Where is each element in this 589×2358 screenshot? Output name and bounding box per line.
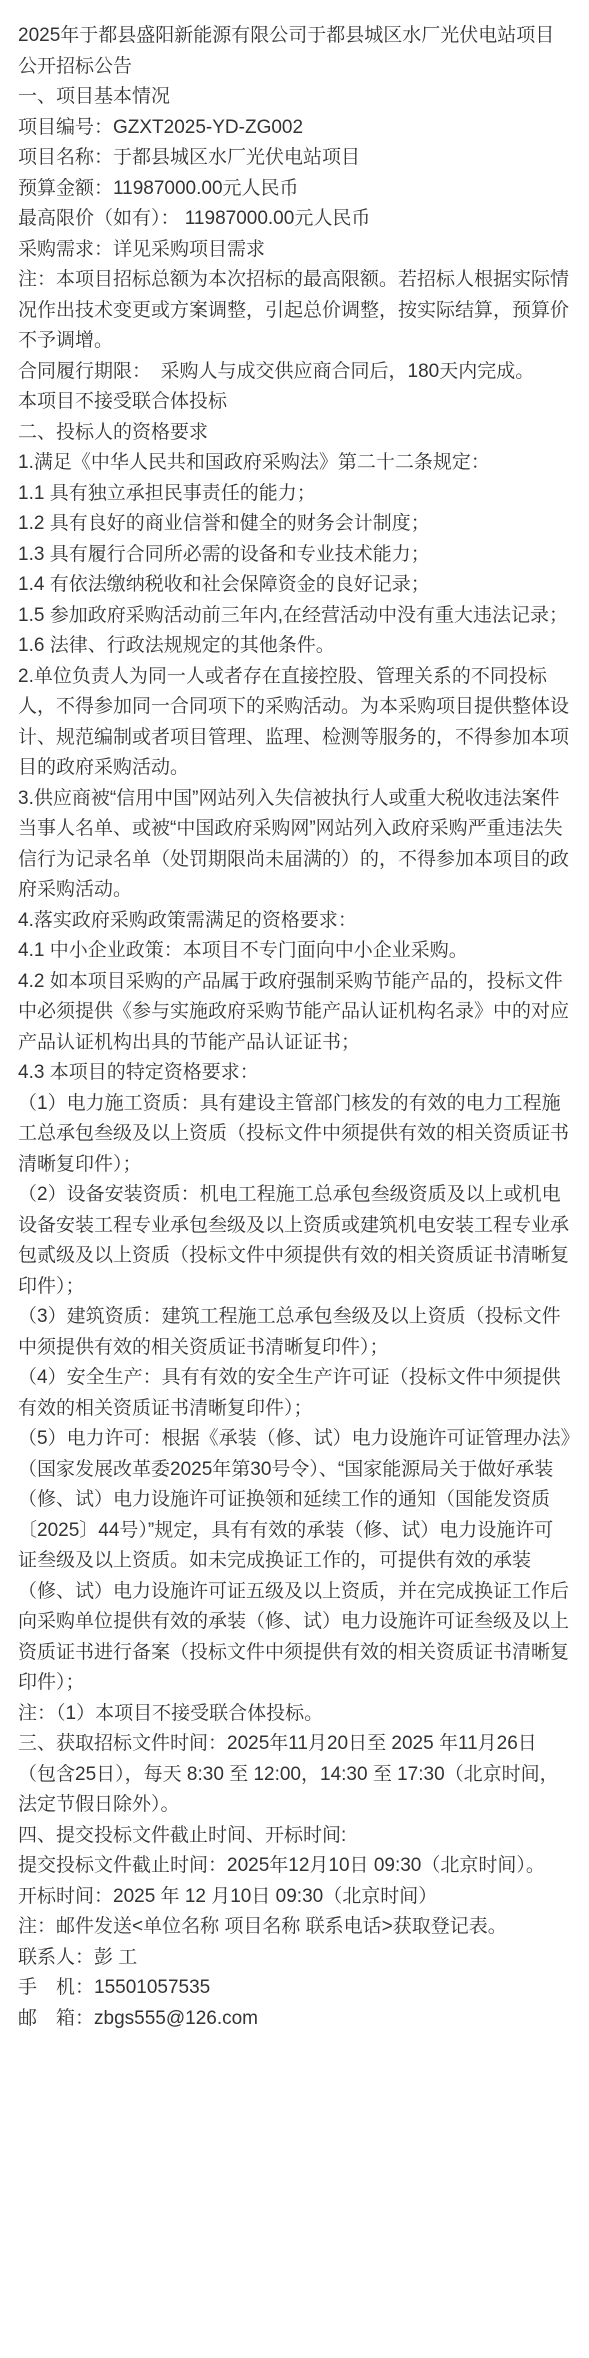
specific-qualification-2-equipment-installation: （2）设备安装资质：机电工程施工总承包叁级资质及以上或机电设备安装工程专业承包叁… <box>18 1180 571 1302</box>
qualification-item-3: 3.供应商被“信用中国”网站列入失信被执行人或重大税收违法案件当事人名单、或被“… <box>18 784 571 906</box>
contact-email: 邮 箱：zbgs555@126.com <box>18 2004 571 2035</box>
qualification-item-1-2: 1.2 具有良好的商业信誉和健全的财务会计制度； <box>18 509 571 540</box>
note-budget-limit: 注：本项目招标总额为本次招标的最高限额。若招标人根据实际情况作出技术变更或方案调… <box>18 265 571 357</box>
qualification-item-2: 2.单位负责人为同一人或者存在直接控股、管理关系的不同投标人，不得参加同一合同项… <box>18 662 571 784</box>
field-project-name: 项目名称：于都县城区水厂光伏电站项目 <box>18 143 571 174</box>
contact-person: 联系人：彭 工 <box>18 1943 571 1974</box>
section-obtain-documents-time: 三、获取招标文件时间：2025年11月20日至 2025 年11月26日（包含2… <box>18 1729 571 1821</box>
field-procurement-demand: 采购需求：详见采购项目需求 <box>18 235 571 266</box>
qualification-item-1: 1.满足《中华人民共和国政府采购法》第二十二条规定： <box>18 448 571 479</box>
qualification-item-1-6: 1.6 法律、行政法规规定的其他条件。 <box>18 631 571 662</box>
section-heading-qualification: 二、投标人的资格要求 <box>18 418 571 449</box>
field-project-number: 项目编号：GZXT2025-YD-ZG002 <box>18 113 571 144</box>
contact-phone: 手 机：15501057535 <box>18 1973 571 2004</box>
qualification-item-4-2: 4.2 如本项目采购的产品属于政府强制采购节能产品的，投标文件中必须提供《参与实… <box>18 967 571 1059</box>
note-email-registration: 注：邮件发送<单位名称 项目名称 联系电话>获取登记表。 <box>18 1912 571 1943</box>
specific-qualification-5-power-license: （5）电力许可：根据《承装（修、试）电力设施许可证管理办法》（国家发展改革委20… <box>18 1424 571 1699</box>
qualification-item-1-3: 1.3 具有履行合同所必需的设备和专业技术能力； <box>18 540 571 571</box>
section-heading-submission: 四、提交投标文件截止时间、开标时间: <box>18 1821 571 1852</box>
specific-qualification-3-building: （3）建筑资质：建筑工程施工总承包叁级及以上资质（投标文件中须提供有效的相关资质… <box>18 1302 571 1363</box>
qualification-item-4: 4.落实政府采购政策需满足的资格要求： <box>18 906 571 937</box>
qualification-item-4-3: 4.3 本项目的特定资格要求： <box>18 1058 571 1089</box>
field-max-price: 最高限价（如有）： 11987000.00元人民币 <box>18 204 571 235</box>
qualification-item-1-4: 1.4 有依法缴纳税收和社会保障资金的良好记录； <box>18 570 571 601</box>
specific-qualification-4-safety-production: （4）安全生产：具有有效的安全生产许可证（投标文件中须提供有效的相关资质证书清晰… <box>18 1363 571 1424</box>
note-no-consortium: 本项目不接受联合体投标 <box>18 387 571 418</box>
qualification-item-4-1: 4.1 中小企业政策：本项目不专门面向中小企业采购。 <box>18 936 571 967</box>
note-no-consortium-2: 注：（1）本项目不接受联合体投标。 <box>18 1699 571 1730</box>
field-bid-opening-time: 开标时间：2025 年 12 月10日 09:30（北京时间） <box>18 1882 571 1913</box>
field-submission-deadline: 提交投标文件截止时间：2025年12月10日 09:30（北京时间）。 <box>18 1851 571 1882</box>
doc-title: 2025年于都县盛阳新能源有限公司于都县城区水厂光伏电站项目公开招标公告 <box>18 21 571 82</box>
specific-qualification-1-power-construction: （1）电力施工资质：具有建设主管部门核发的有效的电力工程施工总承包叁级及以上资质… <box>18 1089 571 1181</box>
announcement-document: 2025年于都县盛阳新能源有限公司于都县城区水厂光伏电站项目公开招标公告 一、项… <box>0 0 589 2034</box>
field-contract-period: 合同履行期限： 采购人与成交供应商合同后，180天内完成。 <box>18 357 571 388</box>
qualification-item-1-5: 1.5 参加政府采购活动前三年内,在经营活动中没有重大违法记录； <box>18 601 571 632</box>
section-heading-basic-info: 一、项目基本情况 <box>18 82 571 113</box>
qualification-item-1-1: 1.1 具有独立承担民事责任的能力； <box>18 479 571 510</box>
field-budget-amount: 预算金额：11987000.00元人民币 <box>18 174 571 205</box>
